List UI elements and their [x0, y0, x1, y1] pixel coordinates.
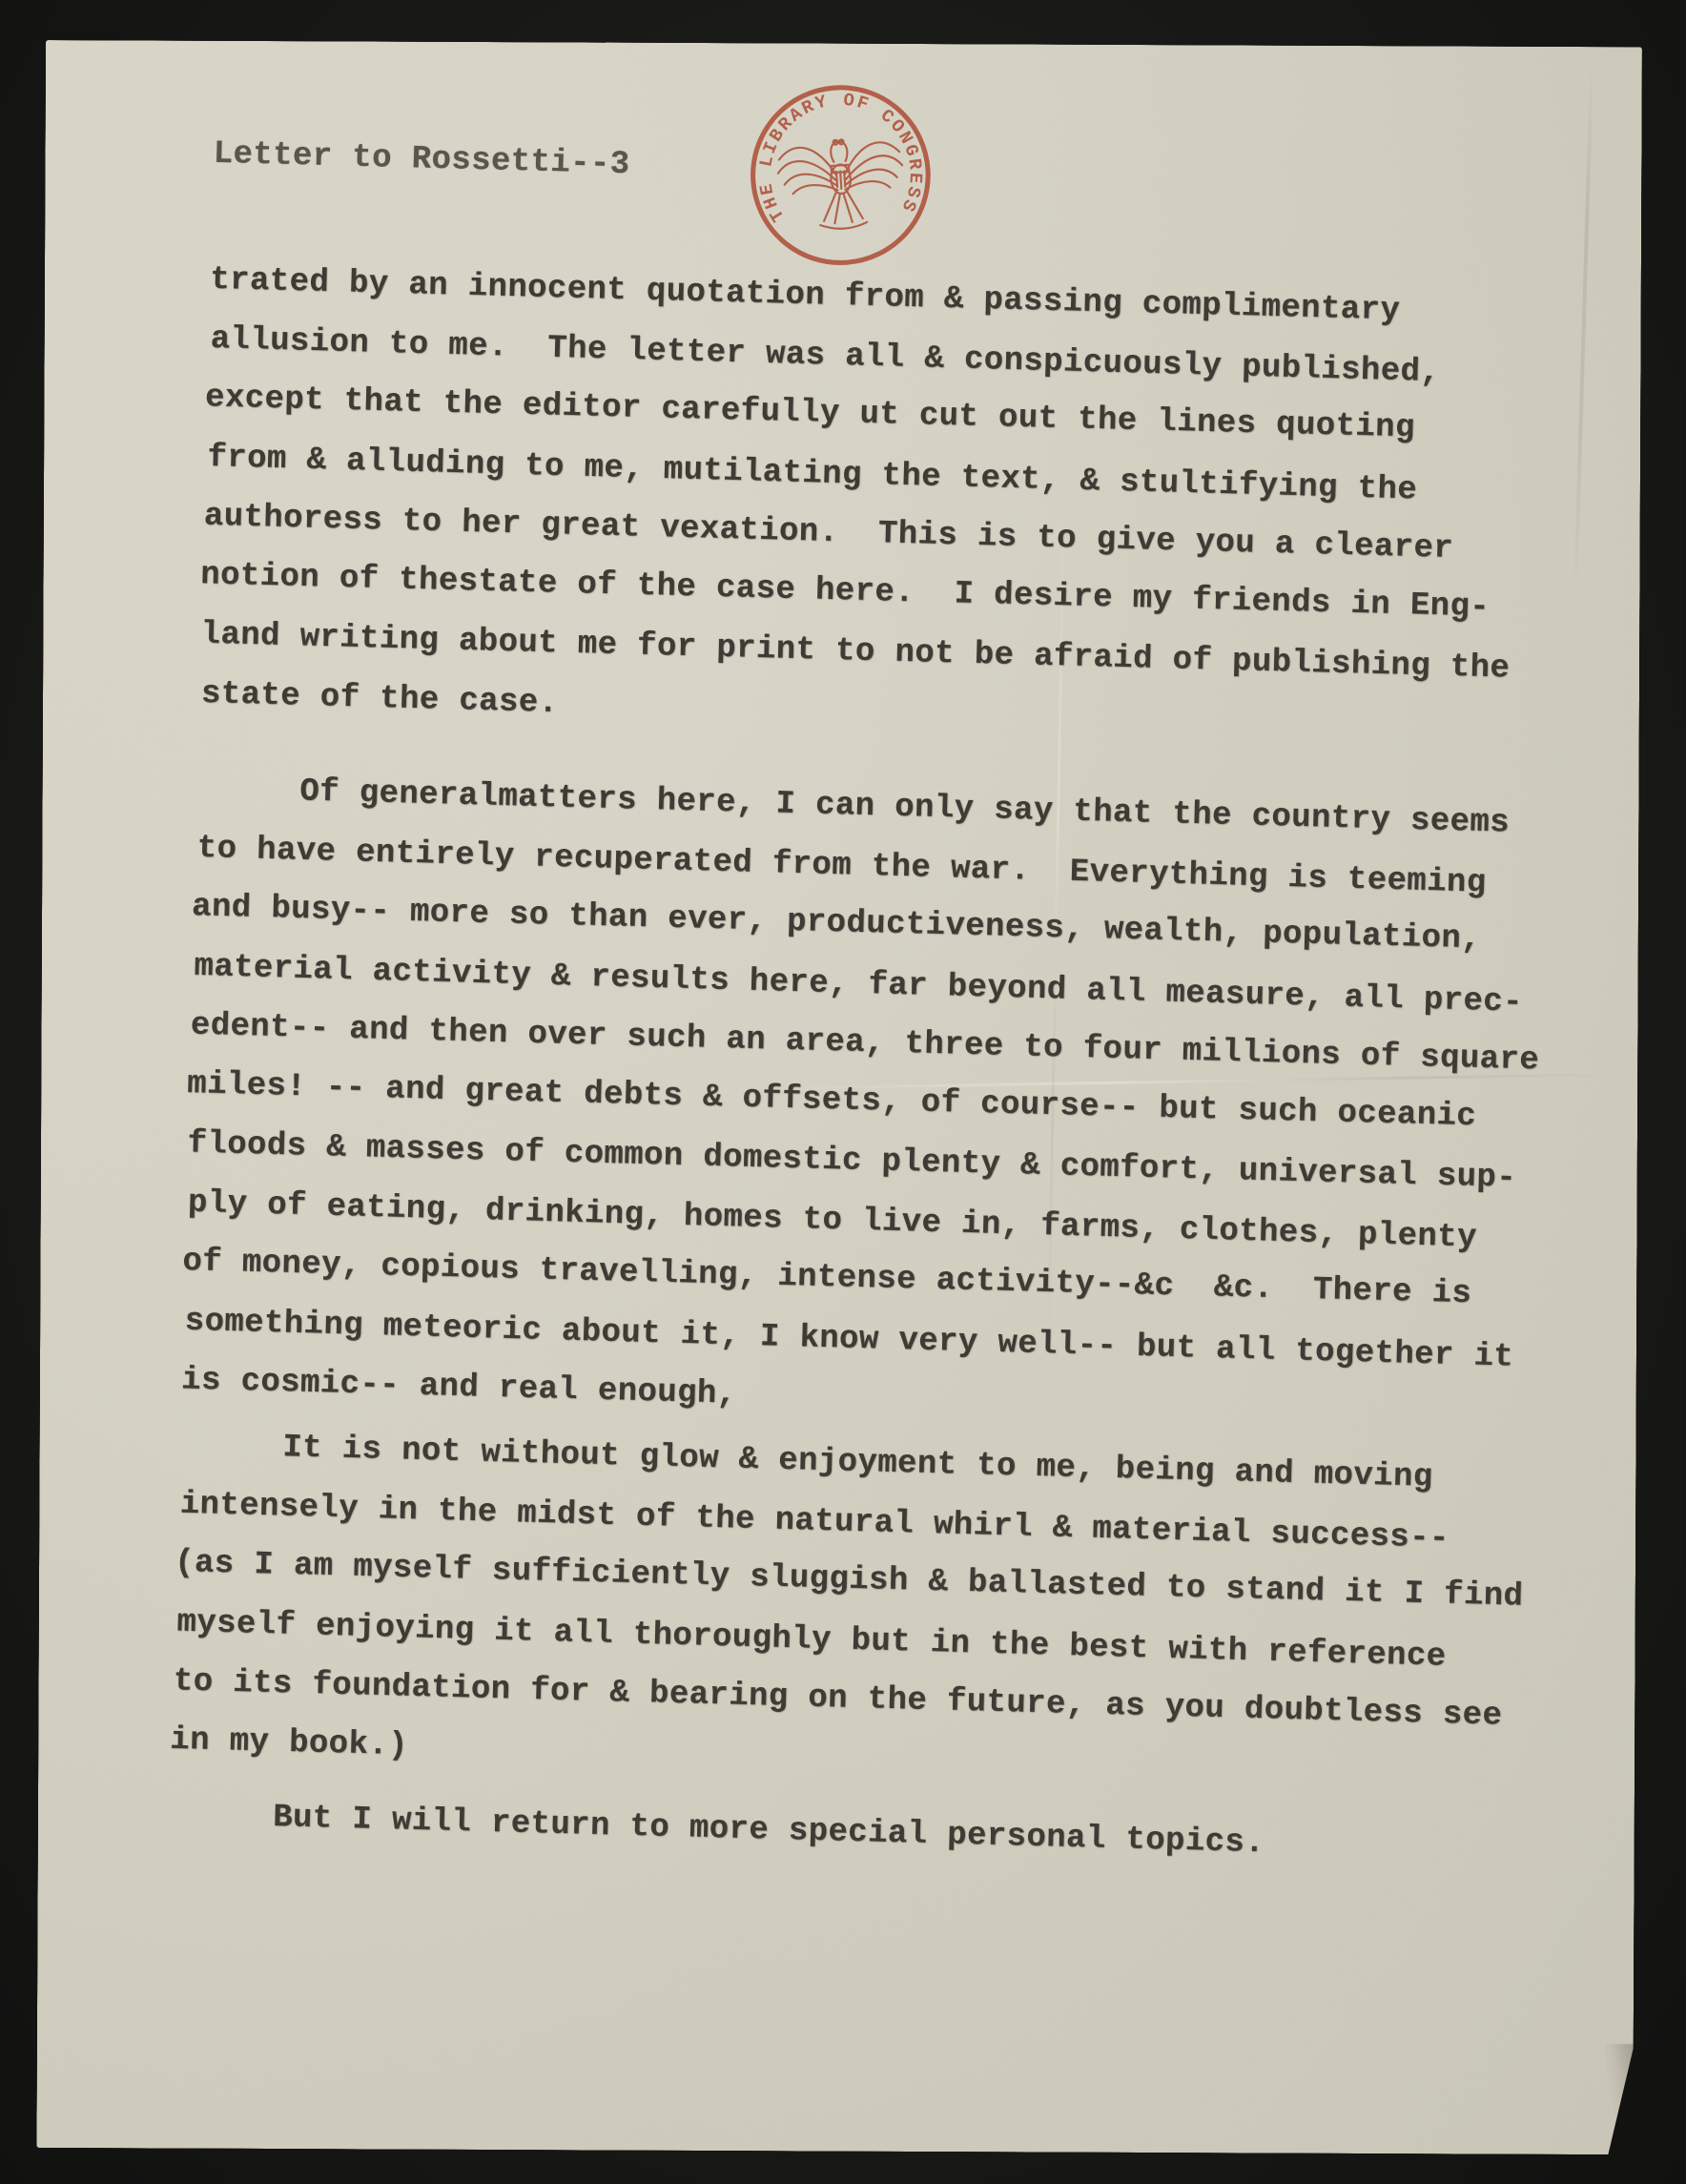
- paragraph-3: It is not without glow & enjoyment to me…: [171, 1415, 1562, 1806]
- letter-page: THE LIBRARY OF CONGRESS Letter to Rosset…: [36, 40, 1642, 2154]
- paragraph-2: Of generalmatters here, I can only say t…: [180, 760, 1579, 1447]
- corner-fold: [1604, 2044, 1634, 2154]
- paragraph-1: trated by an innocent quotation from & p…: [198, 251, 1593, 760]
- typed-text-block: Letter to Rossetti--3 trated by an innoc…: [169, 125, 1596, 1881]
- scan-background: THE LIBRARY OF CONGRESS Letter to Rosset…: [0, 0, 1686, 2184]
